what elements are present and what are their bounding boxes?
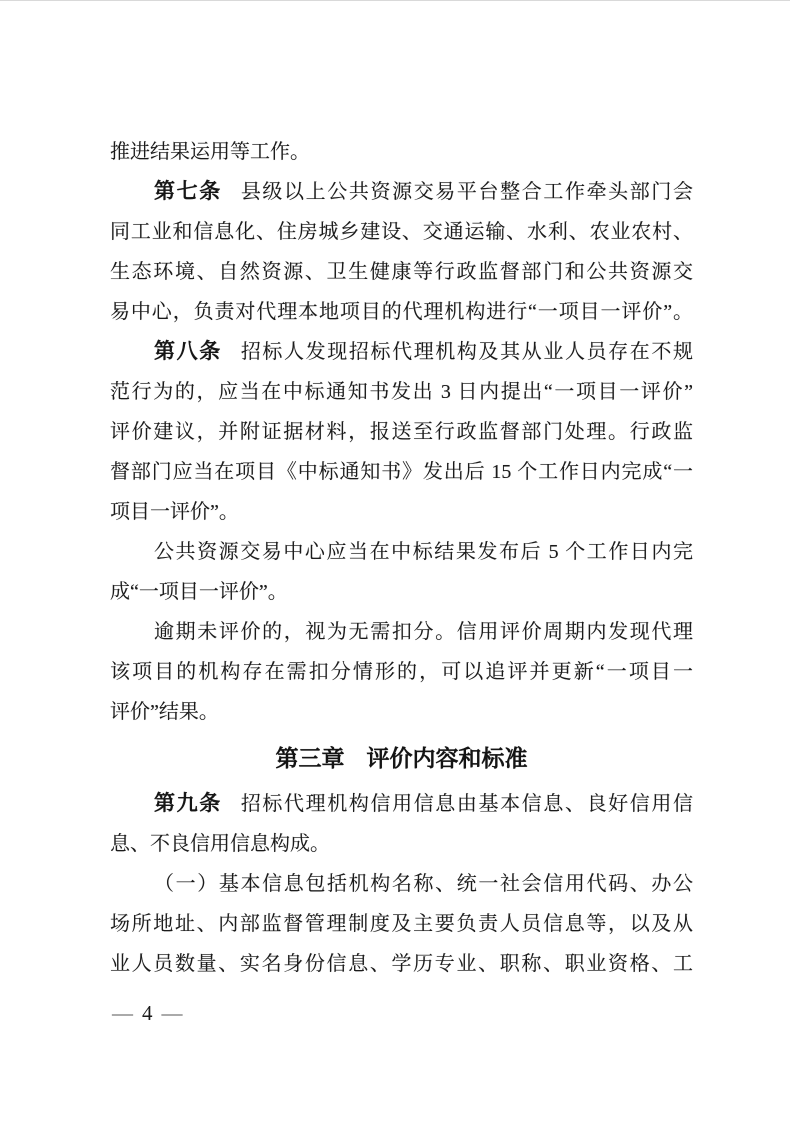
text-line: 业人员数量、实名身份信息、学历专业、职称、职业资格、工 <box>110 944 693 984</box>
text-line: 评价建议，并附证据材料，报送至行政监督部门处理。行政监 <box>110 412 693 452</box>
chapter-number: 第三章 <box>276 745 345 771</box>
text-line: 该项目的机构存在需扣分情形的，可以追评并更新“一项目一 <box>110 652 693 692</box>
line-text: 招标人发现招标代理机构及其从业人员存在不规 <box>241 341 693 363</box>
line-text: （一）基本信息包括机构名称、统一社会信用代码、办公 <box>154 873 693 895</box>
line-text: 场所地址、内部监督管理制度及主要负责人员信息等，以及从 <box>110 913 693 935</box>
line-text: 评价建议，并附证据材料，报送至行政监督部门处理。行政监 <box>110 421 693 443</box>
line-text: 推进结果运用等工作。 <box>110 141 310 163</box>
page-number: —4— <box>112 993 183 1033</box>
text-line: 公共资源交易中心应当在中标结果发布后 5 个工作日内完 <box>110 532 693 572</box>
scanned-document-page: { "page": { "background": "#ffffff", "te… <box>0 0 790 1122</box>
line-text: 评价”结果。 <box>110 701 219 723</box>
line-text: 业人员数量、实名身份信息、学历专业、职称、职业资格、工 <box>110 953 693 975</box>
line-text: 范行为的，应当在中标通知书发出 3 日内提出“一项目一评价” <box>110 381 693 403</box>
line-text: 县级以上公共资源交易平台整合工作牵头部门会 <box>241 181 693 203</box>
text-line: 范行为的，应当在中标通知书发出 3 日内提出“一项目一评价” <box>110 372 693 412</box>
article-number-9: 第九条 <box>154 792 222 815</box>
footer-right-dash: — <box>162 1001 183 1025</box>
text-line: 项目一评价”。 <box>110 492 693 532</box>
line-text: 生态环境、自然资源、卫生健康等行政监督部门和公共资源交 <box>110 261 693 283</box>
text-line: （一）基本信息包括机构名称、统一社会信用代码、办公 <box>110 864 693 904</box>
text-line: 第九条招标代理机构信用信息由基本信息、良好信用信 <box>110 784 693 824</box>
text-line: 同工业和信息化、住房城乡建设、交通运输、水利、农业农村、 <box>110 212 693 252</box>
line-text: 督部门应当在项目《中标通知书》发出后 15 个工作日内完成“一 <box>110 461 693 483</box>
line-text: 息、不良信用信息构成。 <box>110 833 330 855</box>
line-text: 项目一评价”。 <box>110 501 239 523</box>
line-text: 该项目的机构存在需扣分情形的，可以追评并更新“一项目一 <box>110 661 693 683</box>
text-line: 评价”结果。 <box>110 692 693 732</box>
text-line: 督部门应当在项目《中标通知书》发出后 15 个工作日内完成“一 <box>110 452 693 492</box>
chapter-title: 评价内容和标准 <box>367 745 528 771</box>
line-text: 招标代理机构信用信息由基本信息、良好信用信 <box>241 793 693 815</box>
text-line: 第七条县级以上公共资源交易平台整合工作牵头部门会 <box>110 172 693 212</box>
chapter-heading: 第三章评价内容和标准 <box>110 738 693 778</box>
text-line: 逾期未评价的，视为无需扣分。信用评价周期内发现代理 <box>110 612 693 652</box>
text-line: 生态环境、自然资源、卫生健康等行政监督部门和公共资源交 <box>110 252 693 292</box>
line-text: 公共资源交易中心应当在中标结果发布后 5 个工作日内完 <box>154 541 693 563</box>
text-line: 推进结果运用等工作。 <box>110 132 693 172</box>
line-text: 逾期未评价的，视为无需扣分。信用评价周期内发现代理 <box>154 621 693 643</box>
text-line: 场所地址、内部监督管理制度及主要负责人员信息等，以及从 <box>110 904 693 944</box>
article-number-8: 第八条 <box>154 340 222 363</box>
footer-page-number: 4 <box>142 1001 153 1025</box>
text-line: 成“一项目一评价”。 <box>110 572 693 612</box>
article-number-7: 第七条 <box>154 180 222 203</box>
text-line: 第八条招标人发现招标代理机构及其从业人员存在不规 <box>110 332 693 372</box>
line-text: 易中心，负责对代理本地项目的代理机构进行“一项目一评价”。 <box>110 301 693 323</box>
footer-left-dash: — <box>112 1001 133 1025</box>
text-line: 息、不良信用信息构成。 <box>110 824 693 864</box>
document-text-block: 推进结果运用等工作。 第七条县级以上公共资源交易平台整合工作牵头部门会 同工业和… <box>110 132 693 984</box>
line-text: 同工业和信息化、住房城乡建设、交通运输、水利、农业农村、 <box>110 221 693 243</box>
line-text: 成“一项目一评价”。 <box>110 581 288 603</box>
text-line: 易中心，负责对代理本地项目的代理机构进行“一项目一评价”。 <box>110 292 693 332</box>
scan-edge-line <box>0 0 790 1</box>
